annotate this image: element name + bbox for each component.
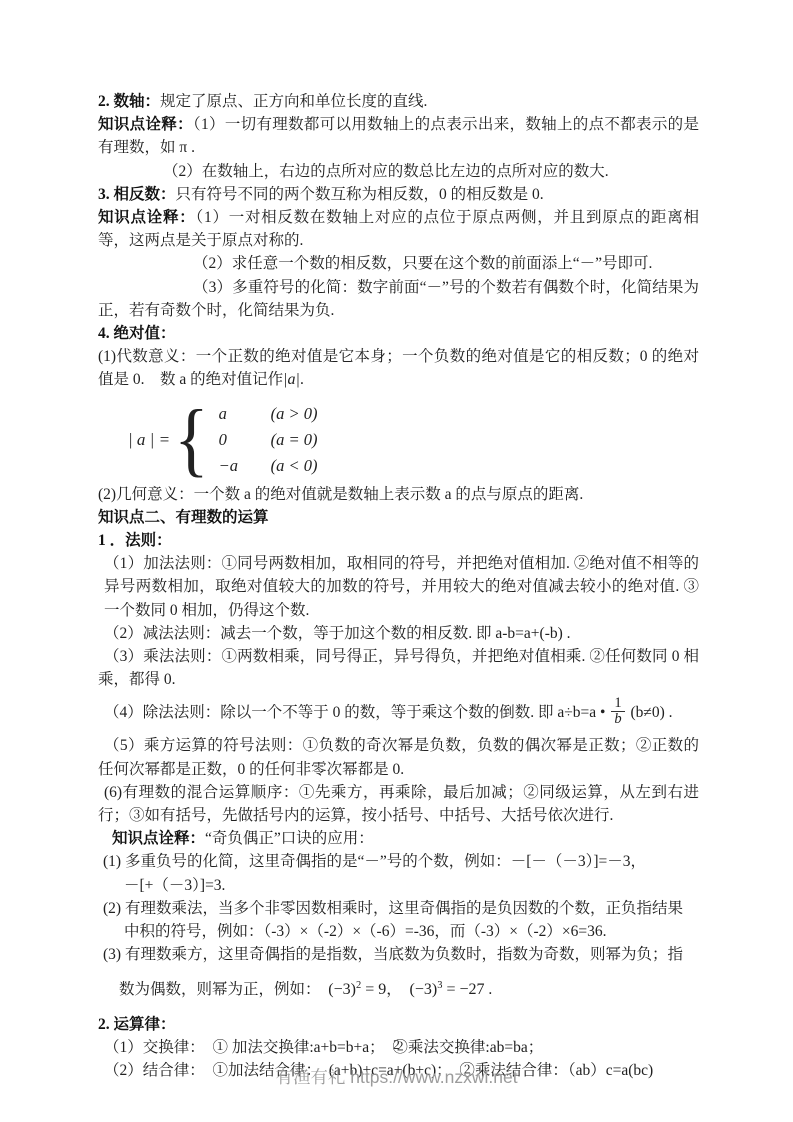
case-value: a	[219, 402, 271, 425]
text-abs-geometric: (2)几何意义：一个数 a 的绝对值就是数轴上表示数 a 的点与原点的距离.	[98, 486, 583, 503]
heading-number-axis: 2. 数轴：	[98, 93, 160, 110]
fraction-numerator: 1	[611, 696, 624, 711]
label-knowledge-notes-1: 知识点诠释：	[98, 116, 193, 133]
case-condition: (a < 0)	[271, 454, 318, 477]
document-body: 2. 数轴：规定了原点、正方向和单位长度的直线. 知识点诠释：（1）一切有理数都…	[98, 90, 699, 1082]
footer-watermark: 有渔有礼 https://www.nzxwl.net	[0, 1064, 793, 1089]
text-example-multiplication-2: 中积的符号，例如：（-3）×（-2）×（-6）=-36，而（-3）×（-2）×6…	[124, 923, 607, 940]
page-number: 2	[0, 1038, 793, 1054]
para-axis-note-2: （2）在数轴上，右边的点所对应的数总比左边的点所对应的数大.	[98, 160, 699, 183]
brace-icon: {	[174, 399, 209, 480]
text-example-power-2: 数为偶数，则幂为正，例如：	[119, 981, 328, 998]
power-example-2-result: = −27	[442, 981, 484, 998]
text-addition-rule: （1）加法法则：①同号两数相加，取相同的符号，并把绝对值相加. ②绝对值不相等的…	[104, 555, 699, 618]
absolute-value-formula: | a | = { a(a > 0) 0(a = 0) −a(a < 0)	[128, 402, 699, 477]
text-axis-note-2: （2）在数轴上，右边的点所对应的数总比左边的点所对应的数大.	[163, 163, 609, 180]
case-condition: (a = 0)	[271, 428, 318, 451]
text-example-negation-2: －[+（－3）]=3.	[124, 877, 225, 894]
text-division-rule: （4）除法法则：除以一个不等于 0 的数，等于乘这个数的倒数. 即 a÷b=a	[104, 705, 596, 722]
heading-rules: 1 ．法则：	[98, 529, 699, 552]
para-power-sign-rule: （5）乘方运算的符号法则：①负数的奇次幂是负数，负数的偶次幂是正数；②正数的任何…	[98, 734, 699, 780]
para-axis-notes: 知识点诠释：（1）一切有理数都可以用数轴上的点表示出来，数轴上的点不都表示的是有…	[98, 113, 699, 159]
text-mnemonic-notes: “奇负偶正”口诀的应用：	[205, 830, 374, 847]
heading-absolute-value: 4. 绝对值：	[98, 322, 699, 345]
dot-operator: •	[596, 705, 609, 722]
case-value: −a	[219, 454, 271, 477]
formula-lhs: | a | =	[128, 428, 170, 451]
text-mixed-operations: (6)有理数的混合运算顺序：①先乘方，再乘除，最后加减；②同级运算，从左到右进行…	[98, 784, 699, 824]
power-example-1-base: (−3)	[328, 981, 356, 998]
para-example-power-formula: 数为偶数，则幂为正，例如： (−3)2 = 9， (−3)3 = −27 .	[98, 974, 699, 1001]
formula-case-positive: a(a > 0)	[219, 402, 318, 425]
text-number-axis: 规定了原点、正方向和单位长度的直线.	[160, 93, 427, 110]
power-example-end: .	[484, 981, 492, 998]
fraction-denominator: b	[611, 711, 624, 727]
heading-knowledge-point-2-text: 知识点二、有理数的运算	[98, 509, 269, 526]
power-example-separator: ，	[386, 981, 409, 998]
para-example-multiplication: (2) 有理数乘法，当多个非零因数相乘时，这里奇偶指的是负因数的个数，正负指结果…	[103, 897, 699, 943]
text-example-power-1: (3) 有理数乘方，这里奇偶指的是指数，当底数为负数时，指数为奇数，则幂为负；指	[103, 946, 683, 963]
abs-notation: |a|	[283, 371, 300, 388]
para-mixed-operations: (6)有理数的混合运算顺序：①先乘方，再乘除，最后加减；②同级运算，从左到右进行…	[98, 781, 699, 827]
para-opposite-note-2: （2）求任意一个数的相反数，只要在这个数的前面添上“－”号即可.	[98, 252, 699, 275]
text-opposite-number: 只有符号不同的两个数互称为相反数，0 的相反数是 0.	[176, 186, 544, 203]
case-condition: (a > 0)	[271, 402, 318, 425]
para-example-power: (3) 有理数乘方，这里奇偶指的是指数，当底数为负数时，指数为奇数，则幂为负；指	[103, 943, 699, 966]
text-example-multiplication-1: (2) 有理数乘法，当多个非零因数相乘时，这里奇偶指的是负因数的个数，正负指结果	[103, 900, 683, 917]
case-value: 0	[219, 428, 271, 451]
text-division-end: .	[665, 705, 673, 722]
heading-absolute-value-label: 4. 绝对值：	[98, 325, 176, 342]
para-division-rule: （4）除法法则：除以一个不等于 0 的数，等于乘这个数的倒数. 即 a÷b=a …	[104, 698, 699, 729]
heading-operation-laws-text: 2. 运算律：	[98, 1016, 176, 1033]
text-division-condition: (b≠0)	[627, 705, 665, 722]
formula-case-negative: −a(a < 0)	[219, 454, 318, 477]
para-mnemonic-notes: 知识点诠释：“奇负偶正”口诀的应用：	[112, 827, 699, 850]
text-abs-algebraic: (1)代数意义：一个正数的绝对值是它本身；一个负数的绝对值是它的相反数；0 的绝…	[98, 348, 699, 388]
para-opposite-note-3: （3）多重符号的化简：数字前面“－”号的个数若有偶数个时，化简结果为正，若有奇数…	[98, 276, 699, 322]
label-knowledge-notes-3: 知识点诠释：	[112, 830, 205, 847]
text-abs-algebraic-end: .	[300, 371, 304, 388]
formula-cases: a(a > 0) 0(a = 0) −a(a < 0)	[219, 402, 318, 477]
power-example-1-result: = 9	[361, 981, 386, 998]
para-opposite-notes: 知识点诠释：（1）一对相反数在数轴上对应的点位于原点两侧，并且到原点的距离相等，…	[98, 206, 699, 252]
text-subtraction-rule: （2）减法法则：减去一个数，等于加这个数的相反数. 即 a-b=a+(-b) .	[104, 625, 571, 642]
para-abs-algebraic: (1)代数意义：一个正数的绝对值是它本身；一个负数的绝对值是它的相反数；0 的绝…	[98, 345, 699, 391]
para-addition-rule: （1）加法法则：①同号两数相加，取相同的符号，并把绝对值相加. ②绝对值不相等的…	[104, 552, 699, 622]
heading-rules-text: 1 ．法则：	[98, 532, 172, 549]
fraction-one-over-b: 1b	[611, 696, 624, 727]
heading-operation-laws: 2. 运算律：	[98, 1013, 699, 1036]
heading-opposite-number: 3. 相反数：	[98, 186, 176, 203]
para-abs-geometric: (2)几何意义：一个数 a 的绝对值就是数轴上表示数 a 的点与原点的距离.	[98, 483, 699, 506]
para-multiplication-rule: （3）乘法法则：①两数相乘，同号得正，异号得负，并把绝对值相乘. ②任何数同 0…	[98, 645, 699, 691]
text-example-negation-1: (1) 多重负号的化简，这里奇偶指的是“－”号的个数，例如：－[－（－3）]=－…	[103, 853, 646, 870]
formula-case-zero: 0(a = 0)	[219, 428, 318, 451]
heading-knowledge-point-2: 知识点二、有理数的运算	[98, 506, 699, 529]
text-power-sign-rule: （5）乘方运算的符号法则：①负数的奇次幂是负数，负数的偶次幂是正数；②正数的任何…	[98, 737, 699, 777]
para-subtraction-rule: （2）减法法则：减去一个数，等于加这个数的相反数. 即 a-b=a+(-b) .	[104, 622, 699, 645]
text-opposite-note-3: （3）多重符号的化简：数字前面“－”号的个数若有偶数个时，化简结果为正，若有奇数…	[98, 279, 699, 319]
document-page: 2. 数轴：规定了原点、正方向和单位长度的直线. 知识点诠释：（1）一切有理数都…	[0, 0, 793, 1122]
power-example-2-base: (−3)	[410, 981, 438, 998]
text-multiplication-rule: （3）乘法法则：①两数相乘，同号得正，异号得负，并把绝对值相乘. ②任何数同 0…	[98, 648, 699, 688]
label-knowledge-notes-2: 知识点诠释：	[98, 209, 195, 226]
para-example-negation: (1) 多重负号的化简，这里奇偶指的是“－”号的个数，例如：－[－（－3）]=－…	[103, 850, 699, 896]
text-opposite-note-2: （2）求任意一个数的相反数，只要在这个数的前面添上“－”号即可.	[193, 255, 652, 272]
para-opposite-number: 3. 相反数：只有符号不同的两个数互称为相反数，0 的相反数是 0.	[98, 183, 699, 206]
para-number-axis: 2. 数轴：规定了原点、正方向和单位长度的直线.	[98, 90, 699, 113]
